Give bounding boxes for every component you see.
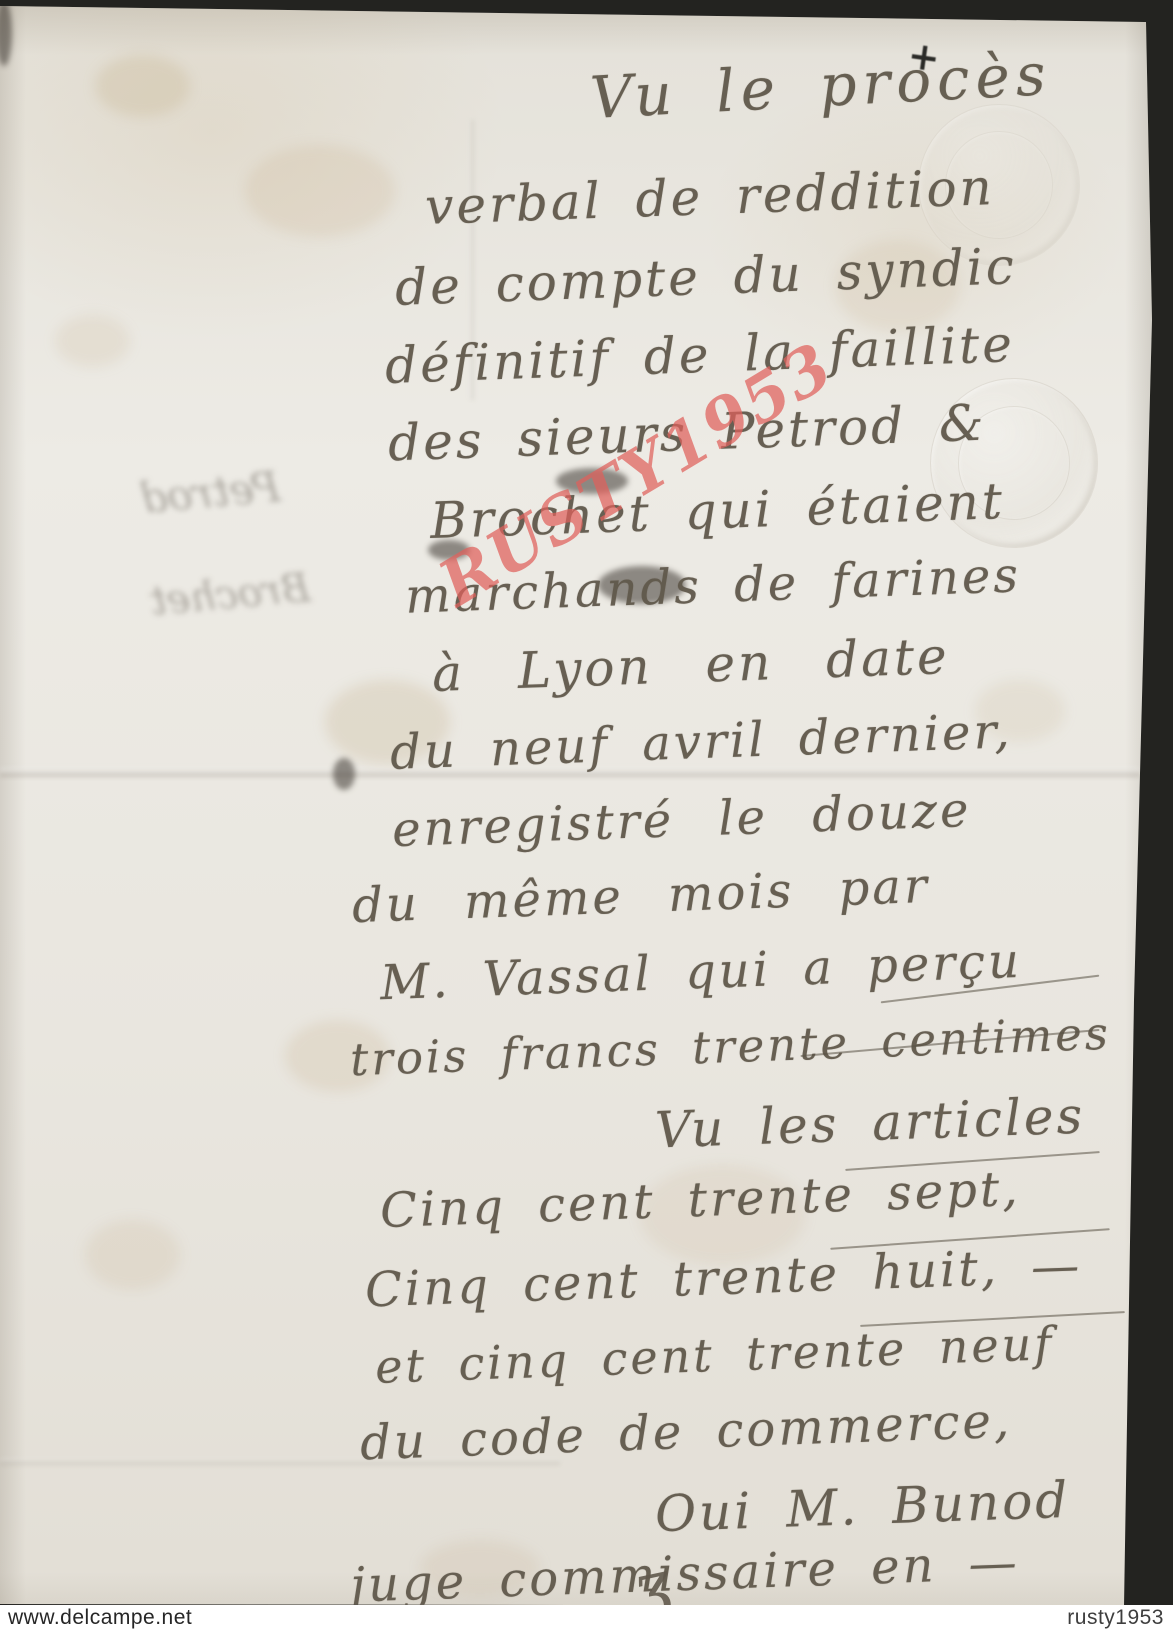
manuscript-line: Oui M. Bunod bbox=[654, 1471, 1071, 1543]
manuscript-line: du même mois par bbox=[351, 858, 931, 934]
manuscript-line: enregistré le douze bbox=[391, 782, 972, 858]
paper-stain bbox=[85, 1220, 180, 1290]
bleedthrough-text: Brochet bbox=[148, 565, 312, 625]
watermark-bar: www.delcampe.net rusty1953 bbox=[0, 1605, 1173, 1632]
paper-stain bbox=[55, 315, 130, 367]
manuscript-line: trois francs trente centimes bbox=[349, 1007, 1111, 1087]
paper-stain bbox=[245, 145, 395, 237]
manuscript-line: définitif de la faillite bbox=[384, 315, 1016, 395]
manuscript-line: à Lyon en date bbox=[431, 627, 950, 703]
bleedthrough-text: Petrod bbox=[138, 462, 282, 523]
scanned-document-photo: Petrod Brochet + Vu le procès verbal de … bbox=[0, 0, 1173, 1632]
manuscript-line: Cinq cent trente huit, — bbox=[364, 1238, 1083, 1319]
manuscript-line: verbal de reddition bbox=[424, 158, 996, 236]
paper-stain bbox=[95, 55, 190, 117]
manuscript-line: M. Vassal qui a perçu bbox=[379, 933, 1023, 1011]
manuscript-line: Cinq cent trente sept, bbox=[379, 1161, 1021, 1239]
manuscript-paper-sheet: Petrod Brochet + Vu le procès verbal de … bbox=[0, 0, 1173, 1632]
manuscript-line: Vu les articles bbox=[654, 1087, 1086, 1160]
seller-name-text: rusty1953 bbox=[1067, 1606, 1164, 1630]
manuscript-line: et cinq cent trente neuf bbox=[374, 1316, 1055, 1394]
ink-smudge bbox=[333, 758, 355, 790]
delcampe-url-text: www.delcampe.net bbox=[8, 1606, 192, 1630]
ink-smudge bbox=[0, 0, 12, 66]
manuscript-line: du code de commerce, bbox=[359, 1393, 1013, 1472]
